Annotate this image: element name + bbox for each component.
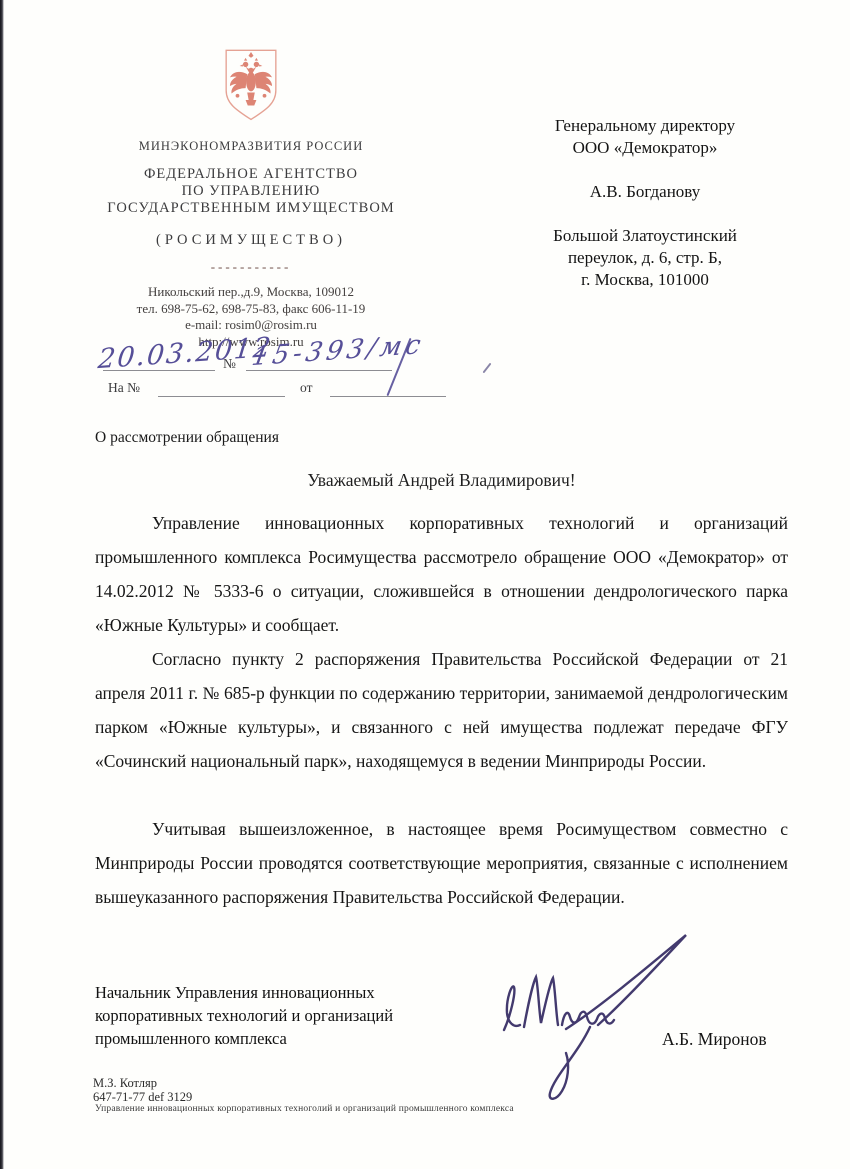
letterhead: МИНЭКОНОМРАЗВИТИЯ РОССИИ ФЕДЕРАЛЬНОЕ АГЕ… [62, 48, 440, 350]
russia-coat-of-arms-icon [224, 111, 278, 128]
date-underline [103, 369, 215, 371]
body-paragraph-2: Согласно пункту 2 распоряжения Правитель… [95, 642, 788, 778]
executor-block: М.З. Котляр 647-71-77 def 3129 [93, 1076, 192, 1104]
scan-edge [0, 0, 4, 1169]
recipient-company: ООО «Демократор» [505, 137, 785, 159]
reply-number-label: На № [108, 380, 140, 396]
agency-name-line1: ФЕДЕРАЛЬНОЕ АГЕНТСТВО [62, 166, 440, 183]
recipient-title: Генеральному директору [505, 115, 785, 137]
divider-dashes: ----------- [62, 259, 440, 275]
email: e-mail: rosim0@rosim.ru [62, 317, 440, 334]
agency-name-line2: ПО УПРАВЛЕНИЮ [62, 183, 440, 200]
recipient-address-line3: г. Москва, 101000 [505, 269, 785, 291]
number-underline [246, 369, 392, 371]
subject-line: О рассмотрении обращения [95, 429, 279, 447]
reply-from-label: от [300, 380, 312, 396]
signer-position-line2: корпоративных технологий и организаций [95, 1004, 465, 1027]
ministry-name: МИНЭКОНОМРАЗВИТИЯ РОССИИ [62, 139, 440, 154]
recipient-person: А.В. Богданову [505, 181, 785, 203]
reply-number-underline [158, 395, 285, 397]
agency-short-name: (РОСИМУЩЕСТВО) [62, 232, 440, 249]
recipient-address-line2: переулок, д. 6, стр. Б, [505, 247, 785, 269]
reply-date-underline [330, 395, 446, 397]
number-label: № [223, 356, 236, 372]
stray-pen-mark [483, 363, 492, 374]
phone-fax: тел. 698-75-62, 698-75-83, факс 606-11-1… [62, 301, 440, 318]
agency-name: ФЕДЕРАЛЬНОЕ АГЕНТСТВО ПО УПРАВЛЕНИЮ ГОСУ… [62, 166, 440, 217]
executor-name: М.З. Котляр [93, 1076, 192, 1090]
postal-address: Никольский пер.,д.9, Москва, 109012 [62, 284, 440, 301]
recipient-block: Генеральному директору ООО «Демократор» … [505, 115, 785, 291]
executor-department: Управление инновационных корпоративных т… [95, 1104, 514, 1114]
body-paragraph-1: Управление инновационных корпоративных т… [95, 506, 788, 642]
recipient-address-line1: Большой Златоустинский [505, 225, 785, 247]
signer-name: А.Б. Миронов [662, 1029, 767, 1050]
body-paragraph-3: Учитывая вышеизложенное, в настоящее вре… [95, 812, 788, 914]
coat-of-arms-wrap [62, 48, 440, 129]
executor-phone: 647-71-77 def 3129 [93, 1090, 192, 1104]
letter-page: МИНЭКОНОМРАЗВИТИЯ РОССИИ ФЕДЕРАЛЬНОЕ АГЕ… [0, 0, 850, 1169]
salutation: Уважаемый Андрей Владимирович! [95, 470, 788, 491]
signer-position-line3: промышленного комплекса [95, 1027, 465, 1050]
handwritten-signature [490, 925, 710, 1125]
agency-name-line3: ГОСУДАРСТВЕННЫМ ИМУЩЕСТВОМ [62, 200, 440, 217]
signer-position: Начальник Управления инновационных корпо… [95, 981, 465, 1050]
signer-position-line1: Начальник Управления инновационных [95, 981, 465, 1004]
